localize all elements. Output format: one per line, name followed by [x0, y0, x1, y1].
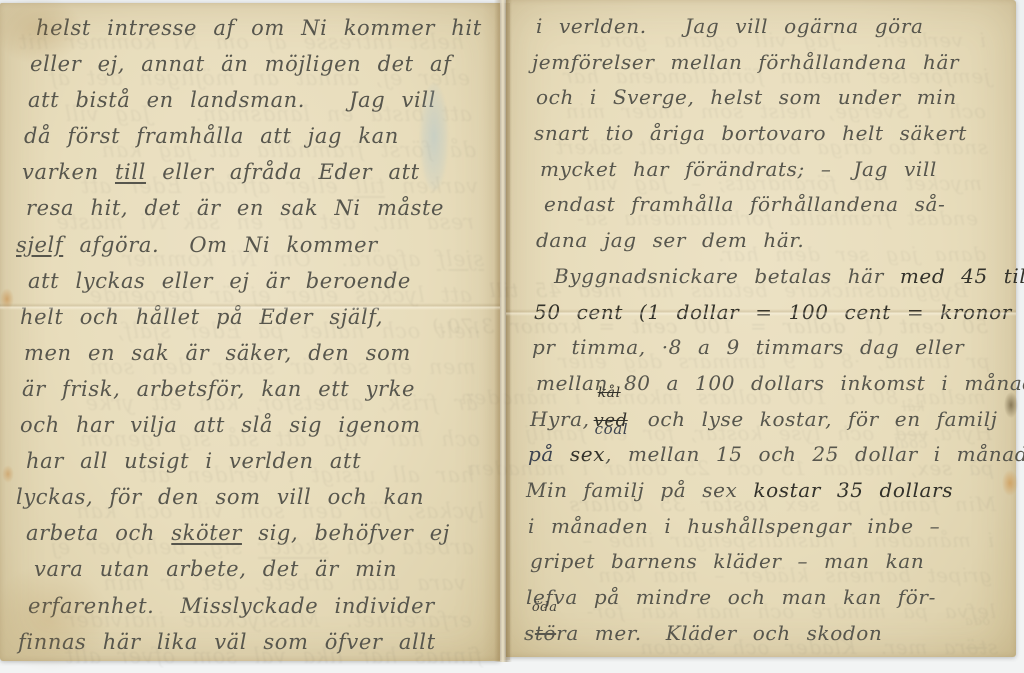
letter-text-segment: helst intresse af om Ni kommer hit	[36, 16, 482, 40]
letter-text-segment: sig, behöfver ej	[242, 521, 450, 545]
letter-text-segment: Om Ni kommer	[189, 233, 377, 257]
letter-text-segment: att bistå en landsman.	[28, 88, 305, 112]
letter-text-segment: erfarenhet.	[28, 594, 154, 618]
letter-line: gripet barnens kläder – man kan	[506, 544, 1016, 580]
letter-text-segment: resa hit, det är en sak Ni måste	[26, 196, 444, 220]
letter-text-segment: och i Sverge, helst som under min	[536, 85, 957, 109]
letter-line: lefva på mindre och man kan för-	[506, 580, 1016, 616]
letter-line: Hyra,kålvedcoal och lyse kostar, för en …	[506, 402, 1016, 438]
letter-line: är frisk, arbetsför, kan ett yrke	[0, 371, 500, 407]
letter-text-segment: att lyckas eller ej är beroende	[28, 269, 411, 293]
right-text-layer: i verlden.Jag vill ogärna görajemförelse…	[506, 0, 1016, 657]
letter-text-segment: eller afråda Eder att	[146, 160, 420, 184]
letter-text-segment: tööda	[535, 616, 556, 652]
letter-text-segment: eller ej, annat än möjligen det af	[30, 52, 451, 76]
letter-line: arbeta och sköter sig, behöfver ej	[0, 515, 500, 551]
letter-line: har all utsigt i verlden att	[0, 443, 500, 479]
letter-text-segment: varken	[22, 160, 115, 184]
letter-text-segment: sköter	[171, 521, 242, 545]
letter-line: Min familj på sex kostar 35 dollars	[506, 473, 1016, 509]
letter-text-segment: och har vilja att slå sig igenom	[20, 413, 421, 437]
letter-line: att bistå en landsman.Jag vill	[0, 82, 500, 118]
letter-line: endast framhålla förhållandena så-	[506, 187, 1016, 223]
letter-text-segment: afgöra.	[63, 233, 159, 257]
letter-line: finnas här lika väl som öfver allt	[0, 624, 500, 660]
letter-line: lyckas, för den som vill och kan	[0, 479, 500, 515]
letter-page-right: i verlden.Jag vill ogärna görajemförelse…	[506, 0, 1016, 657]
letter-text-segment: sex	[570, 442, 605, 466]
interlinear-correction: öda	[532, 601, 558, 614]
letter-text-segment: mycket har förändrats; –	[540, 157, 831, 181]
letter-text-segment: på	[528, 442, 570, 466]
letter-scan: helst intresse af om Ni kommer hiteller …	[0, 0, 1024, 673]
letter-text-segment: Min familj på sex	[526, 478, 753, 502]
letter-text-segment: till	[115, 160, 146, 184]
letter-text-segment: vara utan arbete, det är min	[34, 557, 397, 581]
letter-line: och i Sverge, helst som under min	[506, 80, 1016, 116]
letter-text-segment: arbeta och	[26, 521, 171, 545]
left-text-layer: helst intresse af om Ni kommer hiteller …	[0, 3, 500, 661]
letter-text-segment: helt och hållet på Eder själf,	[20, 305, 383, 329]
letter-text-segment: kostar 35 dollars	[753, 478, 953, 502]
letter-line: sjelf afgöra.Om Ni kommer	[0, 227, 500, 263]
letter-line: pr timma, ·8 a 9 timmars dag eller	[506, 330, 1016, 366]
letter-text-segment: Misslyckade individer	[180, 594, 434, 618]
letter-text-segment: och lyse kostar, för en familj	[632, 407, 998, 431]
letter-line: i månaden i hushållspengar inbe –	[506, 509, 1016, 545]
corrected-word: tö	[535, 621, 556, 645]
letter-text-segment: ra mer.	[556, 621, 642, 645]
letter-text-segment: dana jag ser dem här.	[536, 228, 804, 252]
letter-text-segment: 50 cent (1 dollar = 100 cent = kronor 3.…	[534, 300, 1024, 324]
letter-text-segment: Jag vill ogärna göra	[685, 14, 924, 38]
letter-text-segment: pr timma, ·8 a 9 timmars dag eller	[532, 335, 964, 359]
letter-line: då först framhålla att jag kan	[0, 118, 500, 154]
letter-line: vara utan arbete, det är min	[0, 551, 500, 587]
letter-line: 50 cent (1 dollar = 100 cent = kronor 3.…	[506, 295, 1016, 331]
letter-text-segment: Jag vill	[349, 88, 436, 112]
letter-text-segment: är frisk, arbetsför, kan ett yrke	[22, 377, 415, 401]
letter-text-segment: men en sak är säker, den som	[24, 341, 411, 365]
letter-text-segment: Hyra,	[530, 407, 590, 431]
letter-line: eller ej, annat än möjligen det af	[0, 46, 500, 82]
letter-line: mellan 80 a 100 dollars inkomst i månade…	[506, 366, 1016, 402]
letter-text-segment: Kläder och skodon	[666, 621, 883, 645]
letter-line: resa hit, det är en sak Ni måste	[0, 190, 500, 226]
letter-text-segment: , mellan 15 och 25 dollar i månaden	[605, 442, 1024, 466]
letter-text-segment: snart tio åriga bortovaro helt säkert	[534, 121, 967, 145]
letter-line: helst intresse af om Ni kommer hit	[0, 10, 500, 46]
letter-text-segment: i verlden.	[536, 14, 647, 38]
letter-text-segment: gripet barnens kläder – man kan	[530, 549, 924, 573]
letter-text-segment: jemförelser mellan förhållandena här	[532, 50, 959, 74]
letter-line: erfarenhet.Misslyckade individer	[0, 588, 500, 624]
letter-line: men en sak är säker, den som	[0, 335, 500, 371]
letter-line: jemförelser mellan förhållandena här	[506, 45, 1016, 81]
letter-text-segment: lyckas, för den som vill och kan	[16, 485, 424, 509]
letter-text-segment: i månaden i hushållspengar inbe –	[528, 514, 940, 538]
letter-text-segment: finnas här lika väl som öfver allt	[18, 630, 436, 654]
letter-line: på sex, mellan 15 och 25 dollar i månade…	[506, 437, 1016, 473]
letter-text-segment: har all utsigt i verlden att	[26, 449, 361, 473]
correction-word: kål	[598, 386, 621, 400]
letter-line: att lyckas eller ej är beroende	[0, 263, 500, 299]
correction-word: coal	[595, 422, 629, 437]
letter-page-left: helst intresse af om Ni kommer hiteller …	[0, 3, 500, 661]
letter-line: Byggnadsnickare betalas här med 45 till	[506, 259, 1016, 295]
letter-line: snart tio åriga bortovaro helt säkert	[506, 116, 1016, 152]
letter-text-segment: med 45 till	[900, 264, 1024, 288]
letter-text-segment: Jag vill	[853, 157, 936, 181]
letter-line: i verlden.Jag vill ogärna göra	[506, 9, 1016, 45]
letter-line: stöödara mer.Kläder och skodon	[506, 616, 1016, 652]
letter-line: varken till eller afråda Eder att	[0, 154, 500, 190]
letter-text-segment: sjelf	[16, 233, 63, 257]
letter-text-segment: Byggnadsnickare betalas här	[554, 264, 900, 288]
letter-text-segment: endast framhålla förhållandena så-	[544, 192, 945, 216]
letter-text-segment: lefva på mindre och man kan för-	[526, 585, 936, 609]
letter-text-segment: s	[524, 621, 535, 645]
letter-line: och har vilja att slå sig igenom	[0, 407, 500, 443]
letter-line: helt och hållet på Eder själf,	[0, 299, 500, 335]
letter-line: dana jag ser dem här.	[506, 223, 1016, 259]
stacked-ink-correction: kålvedcoal	[594, 402, 628, 439]
letter-line: mycket har förändrats; –Jag vill	[506, 152, 1016, 188]
letter-text-segment: då först framhålla att jag kan	[24, 124, 399, 148]
